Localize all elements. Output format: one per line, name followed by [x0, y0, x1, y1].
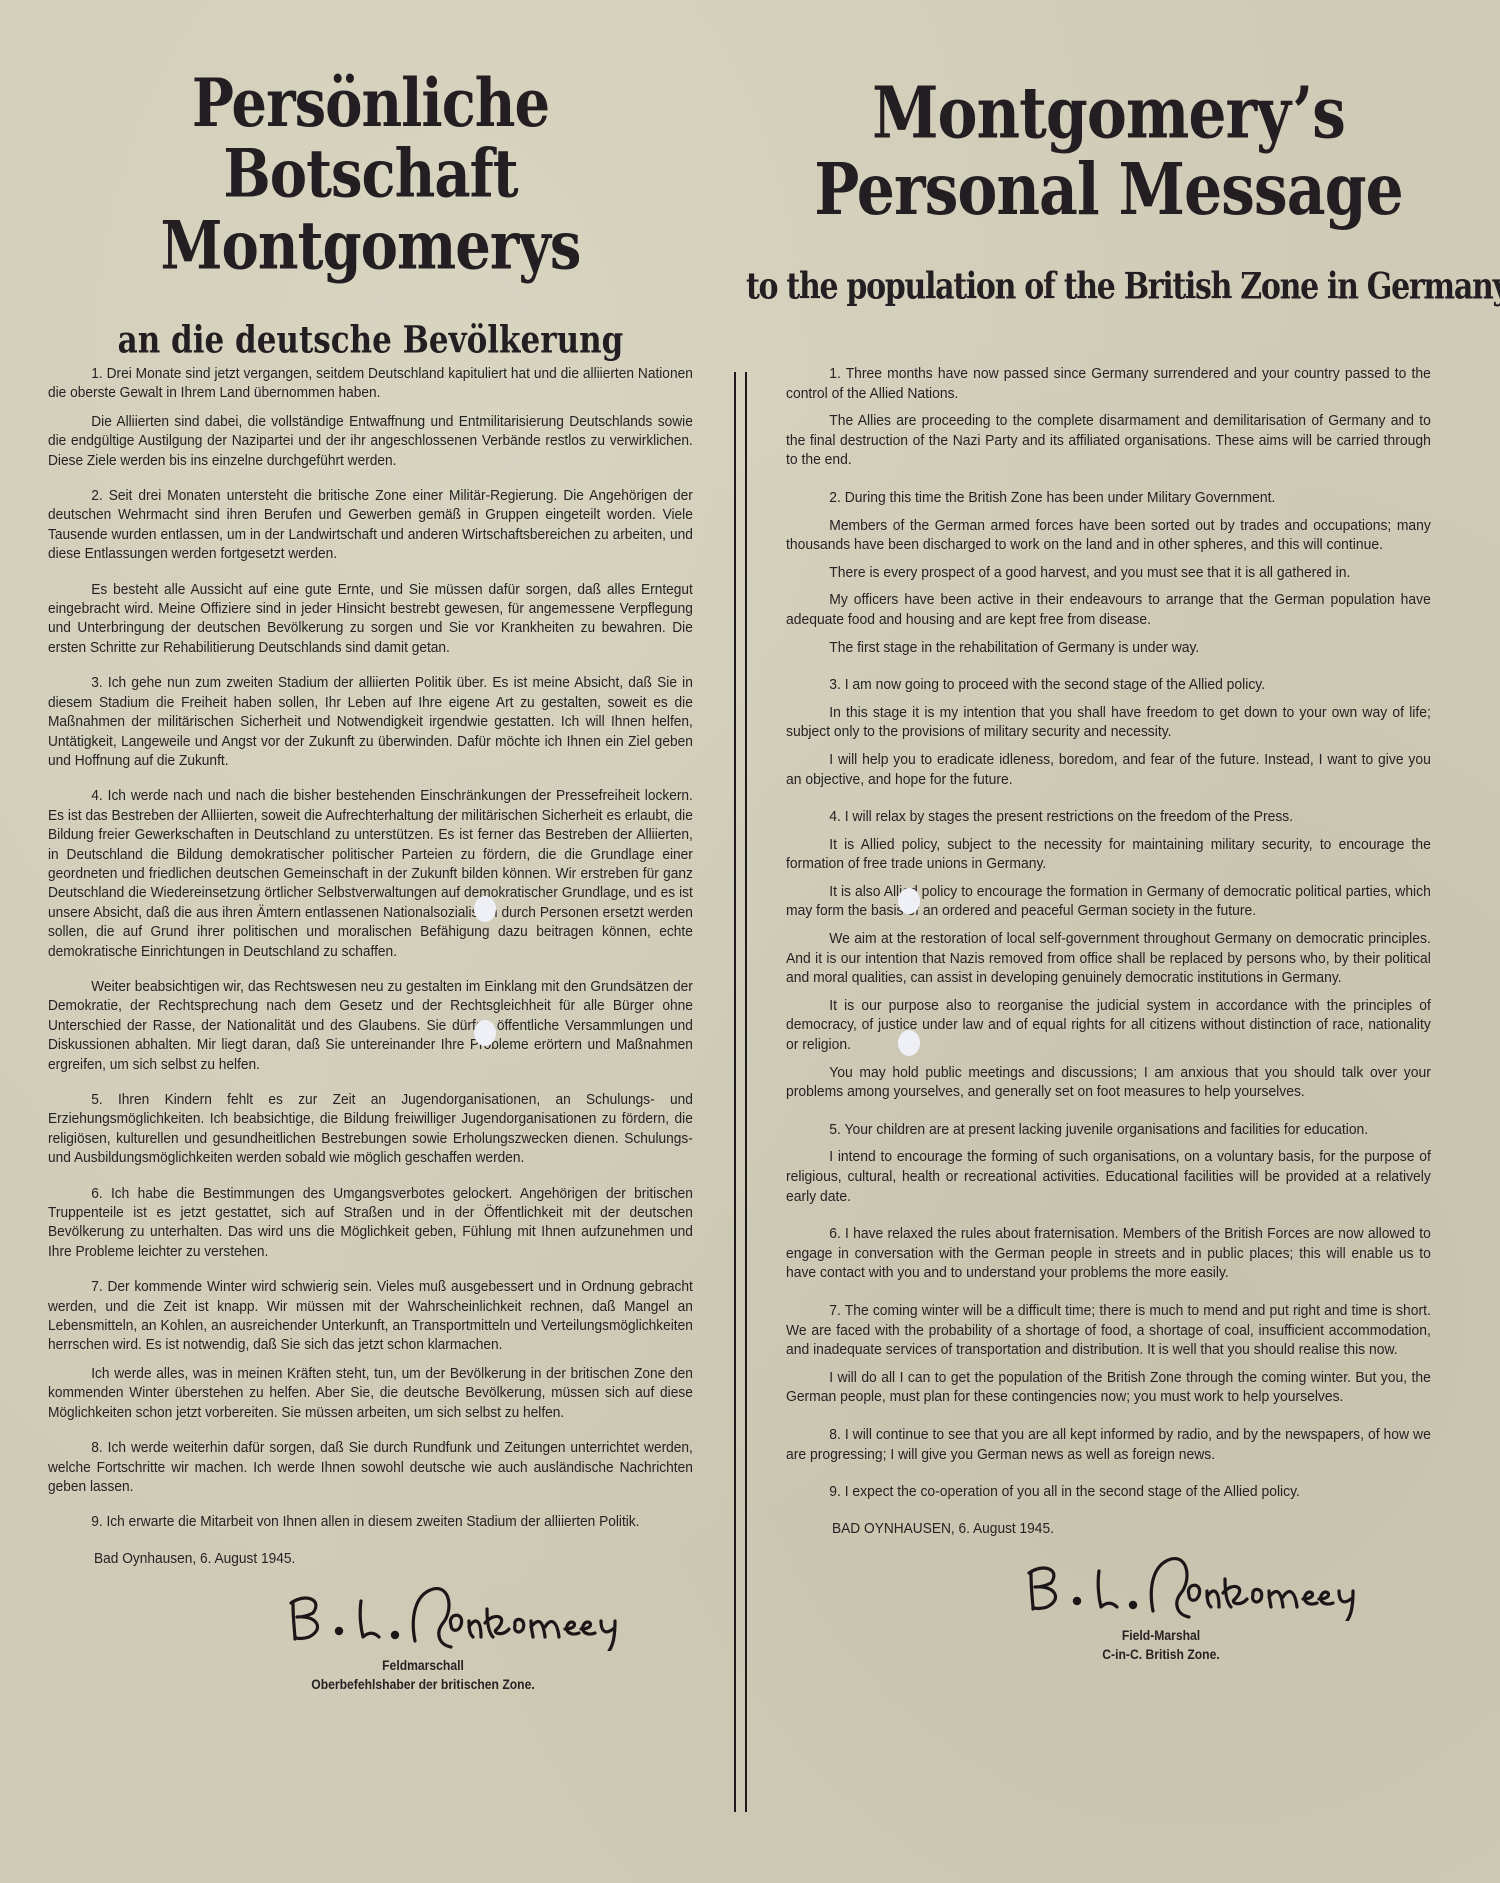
- english-rank: Field-Marshal: [1013, 1626, 1310, 1645]
- paragraph: It is our purpose also to reorganise the…: [786, 997, 1431, 1056]
- paragraph: 5. Your children are at present lacking …: [786, 1121, 1431, 1141]
- paragraph: 1. Drei Monate sind jetzt vergangen, sei…: [48, 365, 693, 404]
- paragraph: Ich werde alles, was in meinen Kräften s…: [48, 1365, 693, 1423]
- paragraph: 8. Ich werde weiterhin dafür sorgen, daß…: [48, 1439, 693, 1497]
- paragraph: You may hold public meetings and discuss…: [786, 1064, 1431, 1103]
- german-title: Persönliche Botschaft Montgomerys: [48, 68, 693, 282]
- english-title-line-1: Montgomery’s: [786, 76, 1431, 152]
- paragraph: It is also Allied policy to encourage th…: [786, 883, 1431, 922]
- english-position: C-in-C. British Zone.: [1013, 1645, 1310, 1664]
- german-rank: Feldmarschall: [275, 1656, 572, 1675]
- english-title: Montgomery’s Personal Message: [786, 76, 1431, 229]
- paragraph: Die Alliierten sind dabei, die vollständ…: [48, 413, 693, 471]
- english-signature: [1021, 1551, 1421, 1621]
- paragraph: 3. Ich gehe nun zum zweiten Stadium der …: [48, 674, 693, 771]
- paragraph: 8. I will continue to see that you are a…: [786, 1426, 1431, 1465]
- punch-hole-mark: [898, 888, 920, 914]
- german-title-line-1: Persönliche Botschaft: [48, 68, 693, 211]
- punch-hole-mark: [474, 1020, 496, 1046]
- german-place-date: Bad Oynhausen, 6. August 1945.: [94, 1551, 657, 1567]
- paragraph: I will do all I can to get the populatio…: [786, 1369, 1431, 1408]
- paragraph: I intend to encourage the forming of suc…: [786, 1148, 1431, 1207]
- punch-hole-mark: [474, 896, 496, 922]
- paragraph: 1. Three months have now passed since Ge…: [786, 365, 1431, 404]
- english-subtitle: to the population of the British Zone in…: [746, 266, 1471, 308]
- paragraph: 3. I am now going to proceed with the se…: [786, 676, 1431, 696]
- paragraph: 2. Seit drei Monaten untersteht die brit…: [48, 487, 693, 565]
- punch-hole-mark: [898, 1030, 920, 1056]
- german-subtitle: an die deutsche Bevölkerung: [48, 319, 693, 362]
- english-title-line-2: Personal Message: [786, 152, 1431, 228]
- paragraph: The first stage in the rehabilitation of…: [786, 639, 1431, 659]
- paragraph: Members of the German armed forces have …: [786, 517, 1431, 556]
- paragraph: In this stage it is my intention that yo…: [786, 704, 1431, 743]
- german-body: 1. Drei Monate sind jetzt vergangen, sei…: [48, 365, 693, 1694]
- paragraph: My officers have been active in their en…: [786, 591, 1431, 630]
- paragraph: 6. Ich habe die Bestimmungen des Umgangs…: [48, 1185, 693, 1263]
- german-position: Oberbefehlshaber der britischen Zone.: [275, 1675, 572, 1694]
- paragraph: The Allies are proceeding to the complet…: [786, 412, 1431, 471]
- paragraph: 9. I expect the co-operation of you all …: [786, 1483, 1431, 1503]
- paragraph: 7. The coming winter will be a difficult…: [786, 1302, 1431, 1361]
- paragraph: 2. During this time the British Zone has…: [786, 489, 1431, 509]
- german-signature: [283, 1581, 683, 1651]
- paragraph: 6. I have relaxed the rules about frater…: [786, 1225, 1431, 1284]
- english-place-date: BAD OYNHAUSEN, 6. August 1945.: [832, 1521, 1395, 1537]
- english-paragraphs: 1. Three months have now passed since Ge…: [786, 365, 1431, 1503]
- english-column: Montgomery’s Personal Message to the pop…: [786, 0, 1431, 301]
- english-body: 1. Three months have now passed since Ge…: [786, 365, 1431, 1664]
- german-paragraphs: 1. Drei Monate sind jetzt vergangen, sei…: [48, 365, 693, 1533]
- paragraph: 5. Ihren Kindern fehlt es zur Zeit an Ju…: [48, 1091, 693, 1169]
- paragraph: 9. Ich erwarte die Mitarbeit von Ihnen a…: [48, 1513, 693, 1532]
- column-divider-left: [734, 372, 736, 1812]
- paragraph: Es besteht alle Aussicht auf eine gute E…: [48, 581, 693, 659]
- german-title-line-2: Montgomerys: [48, 211, 693, 282]
- paragraph: It is Allied policy, subject to the nece…: [786, 836, 1431, 875]
- column-divider-right: [745, 372, 747, 1812]
- paragraph: We aim at the restoration of local self-…: [786, 930, 1431, 989]
- paragraph: There is every prospect of a good harves…: [786, 564, 1431, 584]
- german-column: Persönliche Botschaft Montgomerys an die…: [48, 0, 693, 355]
- paragraph: I will help you to eradicate idleness, b…: [786, 751, 1431, 790]
- paragraph: 4. I will relax by stages the present re…: [786, 808, 1431, 828]
- paragraph: 7. Der kommende Winter wird schwierig se…: [48, 1278, 693, 1356]
- paragraph: Weiter beabsichtigen wir, das Rechtswese…: [48, 978, 693, 1075]
- paragraph: 4. Ich werde nach und nach die bisher be…: [48, 787, 693, 962]
